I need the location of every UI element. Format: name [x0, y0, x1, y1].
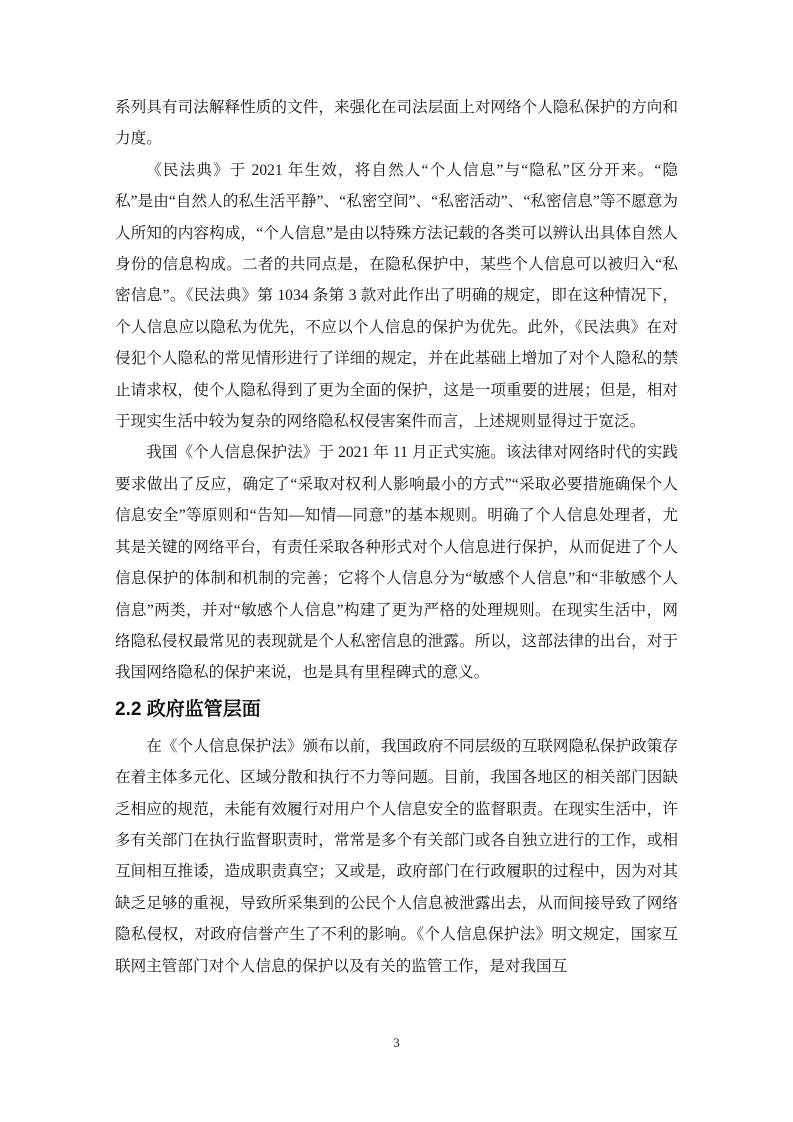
paragraph-civil-code: 《民法典》于 2021 年生效，将自然人“个人信息”与“隐私”区分开来。“隐私”… [115, 155, 678, 438]
section-heading: 2.2 政府监管层面 [115, 697, 678, 723]
page-number: 3 [0, 1034, 793, 1052]
document-content-area: 系列具有司法解释性质的文件，来强化在司法层面上对网络个人隐私保护的方向和力度。 … [115, 92, 678, 982]
document-page: 系列具有司法解释性质的文件，来强化在司法层面上对网络个人隐私保护的方向和力度。 … [0, 0, 793, 1122]
paragraph-pipl: 我国《个人信息保护法》于 2021 年 11 月正式实施。该法律对网络时代的实践… [115, 437, 678, 688]
paragraph-government-regulation: 在《个人信息保护法》颁布以前，我国政府不同层级的互联网隐私保护政策存在着主体多元… [115, 731, 678, 982]
paragraph-continuation: 系列具有司法解释性质的文件，来强化在司法层面上对网络个人隐私保护的方向和力度。 [115, 92, 678, 155]
